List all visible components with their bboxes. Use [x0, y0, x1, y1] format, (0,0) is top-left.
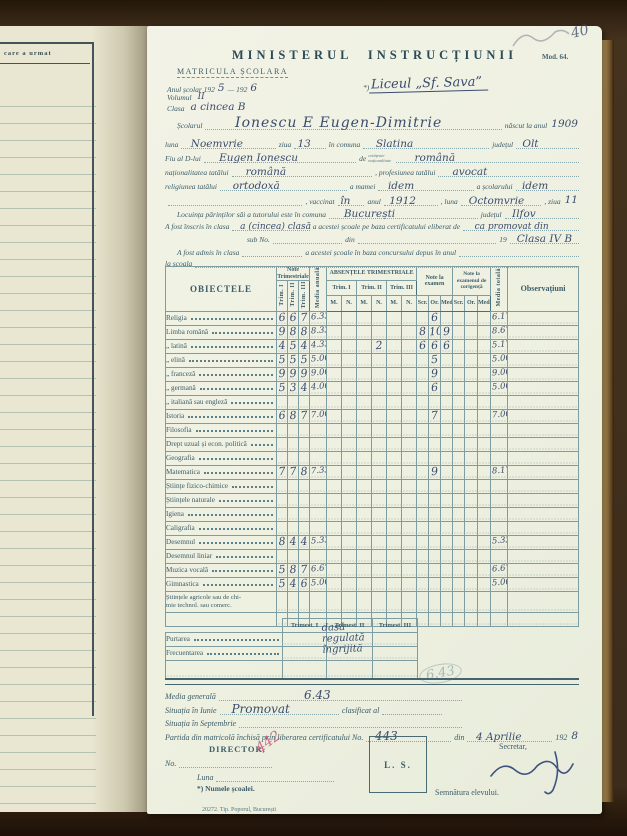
cell-ma: [310, 451, 327, 465]
cell-cm: [478, 521, 491, 535]
nat-tatalui-label: naționalitatea tatălui: [165, 168, 229, 177]
grade-value: 6: [288, 312, 299, 322]
grade-value: 4.33: [310, 341, 327, 350]
cell-a3m: [387, 395, 402, 409]
cell-cm: [478, 311, 491, 325]
cell-co: [465, 409, 478, 423]
subject-label-cell: Muzica vocală: [166, 563, 277, 577]
cell-cm: [478, 465, 491, 479]
cell-cm: [478, 325, 491, 339]
cell-t3: 6: [299, 577, 310, 591]
cell-a1m: [327, 521, 342, 535]
purtarea-label: Purtarea: [166, 636, 190, 644]
nascut-label: născut la anul: [505, 121, 548, 130]
cell-em: [441, 577, 453, 591]
citizenship-value: română: [415, 152, 456, 164]
cell-a2m: [357, 325, 372, 339]
cell-t1: 7: [277, 465, 288, 479]
cell-a3n: [402, 423, 417, 437]
cell-es: [417, 381, 429, 395]
cell-co: [465, 381, 478, 395]
cell-a3n: [402, 395, 417, 409]
cert-year-value: 8: [571, 730, 578, 742]
cell-t2: [288, 395, 299, 409]
cell-mt: [491, 493, 508, 507]
cell-t1: 6: [277, 311, 288, 325]
inscris-label: A fost înscris în clasa: [165, 222, 229, 231]
cell-a3n: [402, 465, 417, 479]
footnote: *) Numele școalei.: [197, 784, 255, 793]
subject-row: „ latină4544.3326665.17: [166, 339, 579, 353]
cell-obs: [508, 507, 579, 521]
cell-a1n: [342, 577, 357, 591]
seal-box: L. S.: [369, 736, 427, 793]
admis-label: A fost admis în clasa: [177, 248, 239, 257]
cell-em: [441, 451, 453, 465]
cell-a1n: [342, 423, 357, 437]
cell-a2n: 2: [372, 339, 387, 353]
cell-a1m: [327, 437, 342, 451]
cell-obs: [508, 423, 579, 437]
cell-a3n: [402, 409, 417, 423]
field-vaccinated: , vaccinat în anul 1912 , luna Octomvrie…: [165, 194, 582, 206]
left-page-table-fragment: [0, 42, 94, 716]
cell-t3: [299, 521, 310, 535]
leader-dots: [219, 500, 273, 502]
cell-eo: 7: [429, 409, 441, 423]
subject-row: Istoria6877.0077.00: [166, 409, 579, 423]
cell-t2: [288, 591, 299, 612]
vaccinat-label: , vaccinat: [305, 197, 334, 206]
cell-a1n: [342, 563, 357, 577]
grade-value: 9: [429, 466, 441, 476]
cell-es: 8: [417, 325, 429, 339]
cell-mt: [491, 612, 508, 626]
cell-co: [465, 493, 478, 507]
cell-a1m: [327, 325, 342, 339]
cell-a1n: [342, 367, 357, 381]
cell-obs: [508, 409, 579, 423]
student-religion-value: idem: [522, 180, 548, 192]
cell-ma: [310, 549, 327, 563]
cell-mt: 7.00: [491, 409, 508, 423]
grade-value: 3: [288, 382, 299, 392]
cell-co: [465, 465, 478, 479]
col-media-totala: Media totală: [491, 267, 508, 312]
cell-a1n: [342, 591, 357, 612]
cell-ma: 5.00: [310, 577, 327, 591]
student-name-value: Ionescu E Eugen-Dimitrie: [235, 115, 442, 131]
col-media-anuala: Media anuală: [310, 267, 327, 312]
cell-es: [417, 521, 429, 535]
cell-em: [441, 521, 453, 535]
cell-obs: [508, 381, 579, 395]
cell-cm: [478, 381, 491, 395]
cell-ma: [310, 521, 327, 535]
cell-cm: [478, 339, 491, 353]
leader-dots: [251, 444, 273, 446]
subject-label: „ germană: [166, 385, 196, 393]
media-generala-value: 6.43: [304, 688, 331, 702]
cell-t2: 4: [288, 535, 299, 549]
cell-a3m: [387, 451, 402, 465]
cell-a3m: [387, 591, 402, 612]
cell-obs: [508, 479, 579, 493]
cell-cs: [453, 451, 465, 465]
cell-cs: [453, 311, 465, 325]
exam-scr: Scr.: [417, 296, 429, 311]
cell-a3n: [402, 367, 417, 381]
cell-a3n: [402, 535, 417, 549]
grade-value: 8: [417, 326, 429, 336]
grade-value: 8.33: [310, 327, 327, 336]
subject-row: Științe fizico-chimice: [166, 479, 579, 493]
cell-eo: 10: [429, 325, 441, 339]
cell-a1m: [327, 535, 342, 549]
field-scolarul: Școlarul Ionescu E Eugen-Dimitrie născut…: [177, 118, 582, 130]
grades-table: OBIECTELE Note Trimestriale Media anuală…: [165, 266, 579, 627]
cell-cs: [453, 395, 465, 409]
abs-n3: N.: [402, 296, 417, 311]
subject-label: Științele naturale: [166, 497, 215, 505]
cell-em: [441, 563, 453, 577]
leader-dots: [212, 570, 273, 572]
grade-value: 8: [288, 564, 299, 574]
cell-a3m: [387, 353, 402, 367]
cell-a1m: [327, 577, 342, 591]
situatia-iunie-value: Promovat: [231, 702, 289, 716]
cell-co: [465, 437, 478, 451]
abs-n2: N.: [372, 296, 387, 311]
cell-es: [417, 493, 429, 507]
cell-ma: [310, 493, 327, 507]
cell-t2: 8: [288, 409, 299, 423]
cell-cm: [478, 493, 491, 507]
anul-label: anul: [367, 197, 380, 206]
grade-value: 6: [441, 340, 453, 350]
birth-county-value: Olt: [522, 138, 538, 150]
cell-eo: [429, 549, 441, 563]
frecuentarea-label: Frecuentarea: [166, 650, 203, 658]
leader-dots: [191, 346, 273, 348]
cell-es: [417, 479, 429, 493]
cell-ma: 7.00: [310, 409, 327, 423]
cell-a1n: [342, 465, 357, 479]
cell-cs: [453, 409, 465, 423]
cell-es: [417, 451, 429, 465]
leader-dots: [231, 402, 273, 404]
cell-ma: 6.67: [310, 563, 327, 577]
cell-co: [465, 507, 478, 521]
subject-label: Muzica vocală: [166, 567, 208, 575]
subject-label-cell: „ franceză: [166, 367, 277, 381]
grade-value: 7.33: [310, 467, 327, 476]
subject-label-cell: Igiena: [166, 507, 277, 521]
cell-es: [417, 549, 429, 563]
cell-ma: 9.00: [310, 367, 327, 381]
subject-label-cell: Drept uzual și econ. politică: [166, 437, 277, 451]
grade-value: 8: [299, 326, 310, 336]
grade-value: 9: [288, 368, 299, 378]
frecuentarea-label-cell: Frecuentarea: [166, 647, 283, 661]
cell-eo: [429, 591, 441, 612]
cell-a3m: [387, 367, 402, 381]
grade-value: 4: [288, 578, 299, 588]
cell-ma: [310, 423, 327, 437]
field-no: No.: [165, 757, 275, 768]
cell-cs: [453, 577, 465, 591]
subject-label-cell: „ italiană sau engleză: [166, 395, 277, 409]
subject-label-cell: Caligrafia: [166, 521, 277, 535]
cell-a2n: [372, 521, 387, 535]
cell-co: [465, 395, 478, 409]
subject-label-cell: Științele agricole sau de chi- mie techn…: [166, 591, 277, 612]
cell-t3: [299, 507, 310, 521]
cell-em: [441, 311, 453, 325]
cell-t3: [299, 437, 310, 451]
subject-label-cell: Științele naturale: [166, 493, 277, 507]
cell-eo: [429, 563, 441, 577]
grade-value: 5: [277, 564, 288, 574]
cell-co: [465, 591, 478, 612]
cell-cs: [453, 591, 465, 612]
father-religion-value: ortodoxă: [233, 180, 280, 192]
cell-a1m: [327, 409, 342, 423]
cell-ma: 8.33: [310, 325, 327, 339]
cell-cm: [478, 367, 491, 381]
cell-cs: [453, 423, 465, 437]
cell-cs: [453, 549, 465, 563]
luna2-label: , luna: [441, 197, 458, 206]
cell-es: [417, 465, 429, 479]
field-media-generala: Media generală 6.43: [165, 690, 465, 701]
subject-row: Științele naturale: [166, 493, 579, 507]
cell-mt: 6.17: [491, 311, 508, 325]
cell-t3: 5: [299, 353, 310, 367]
leader-dots: [212, 332, 273, 334]
cell-t2: [288, 493, 299, 507]
conduct-row-frecuentarea: Frecuentarea: [166, 647, 418, 661]
subject-label: Religia: [166, 315, 187, 323]
double-rule: [165, 678, 579, 685]
subject-row: Caligrafia: [166, 521, 579, 535]
frecuentarea-t3: [373, 647, 418, 661]
cell-a2n: [372, 311, 387, 325]
cell-t2: 9: [288, 367, 299, 381]
subject-label-cell: Matematica: [166, 465, 277, 479]
cell-a1n: [342, 325, 357, 339]
grade-value: 6.17: [491, 313, 508, 322]
corig-scr: Scr.: [453, 296, 465, 311]
page-title: MINISTERUL INSTRUCȚIUNII: [147, 48, 602, 63]
cell-eo: 6: [429, 339, 441, 353]
cell-t3: 7: [299, 563, 310, 577]
cell-mt: 6.67: [491, 563, 508, 577]
subject-label: Gimnastica: [166, 581, 199, 589]
judet-label: județul: [492, 140, 513, 149]
grade-value: 6.67: [310, 565, 327, 574]
semnatura-elevului-label: Semnătura elevului.: [435, 788, 499, 797]
grade-value: 6: [299, 578, 310, 588]
subject-row: „ germană5344.0065.00: [166, 381, 579, 395]
cell-a1n: [342, 395, 357, 409]
cell-eo: 6: [429, 381, 441, 395]
cell-a3n: [402, 451, 417, 465]
leader-dots: [196, 430, 273, 432]
birth-day-value: 13: [297, 138, 310, 150]
cell-a2n: [372, 325, 387, 339]
cell-a1m: [327, 353, 342, 367]
cell-t1: [277, 479, 288, 493]
cell-t1: 8: [277, 535, 288, 549]
cell-t1: [277, 521, 288, 535]
de-label: de: [359, 154, 366, 163]
cell-t3: 4: [299, 535, 310, 549]
abs-trim3: Trim. III: [387, 281, 417, 296]
grade-value: 9: [277, 326, 288, 336]
cell-mt: 5.17: [491, 339, 508, 353]
grade-value: 5.00: [491, 355, 508, 364]
vaccine-day-value: 11: [565, 194, 578, 206]
inscris-note-value: ca promovat din: [475, 222, 549, 232]
cell-t1: [277, 507, 288, 521]
grade-value: 4: [277, 340, 288, 350]
cell-t1: [277, 437, 288, 451]
cell-co: [465, 325, 478, 339]
cell-cs: [453, 563, 465, 577]
cell-a1n: [342, 311, 357, 325]
cell-em: [441, 395, 453, 409]
subject-label: Științele agricole sau de chi- mie techn…: [166, 594, 241, 609]
cell-es: [417, 535, 429, 549]
cell-t2: 7: [288, 465, 299, 479]
leader-dots: [203, 584, 273, 586]
grade-value: 4: [299, 340, 310, 350]
cell-a3m: [387, 563, 402, 577]
cell-t3: [299, 591, 310, 612]
situatia-sept-label: Situația în Septembrie: [165, 719, 236, 728]
cell-t3: [299, 493, 310, 507]
subject-row: Drept uzual și econ. politică: [166, 437, 579, 451]
grade-value: 5: [277, 578, 288, 588]
cell-t1: [277, 591, 288, 612]
birth-month-value: Noemvrie: [191, 138, 243, 150]
grade-value: 5: [277, 354, 288, 364]
subject-label-cell: Desemnul: [166, 535, 277, 549]
field-situatia-iunie: Situația în Iunie Promovat clasificat al: [165, 704, 445, 715]
cell-co: [465, 353, 478, 367]
cell-obs: [508, 549, 579, 563]
luna-footer-label: Luna: [197, 773, 213, 782]
cell-a2n: [372, 549, 387, 563]
cell-mt: [491, 521, 508, 535]
abs-m1: M.: [327, 296, 342, 311]
cell-obs: [508, 311, 579, 325]
cell-a1n: [342, 549, 357, 563]
grade-value: 6: [429, 312, 441, 322]
mother-religion-value: idem: [388, 180, 414, 192]
cell-t2: [288, 507, 299, 521]
conduct-trim3: Trimest. III: [373, 619, 418, 633]
cell-t3: [299, 395, 310, 409]
vaccine-year-value: 1912: [389, 195, 416, 207]
cell-a2n: [372, 507, 387, 521]
cell-cs: [453, 367, 465, 381]
subject-label-cell: Religia: [166, 311, 277, 325]
grade-value: 9.00: [310, 369, 327, 378]
cell-co: [465, 311, 478, 325]
cell-t1: 5: [277, 353, 288, 367]
left-page-fragment-text: care a urmat: [0, 44, 90, 64]
father-nationality-value: română: [246, 166, 287, 178]
cell-obs: [508, 465, 579, 479]
cell-mt: [491, 451, 508, 465]
cell-co: [465, 339, 478, 353]
cell-es: [417, 612, 429, 626]
residence-value: București: [344, 208, 395, 220]
cell-eo: [429, 395, 441, 409]
cell-es: [417, 423, 429, 437]
birth-year-value: 1909: [551, 118, 578, 130]
cell-obs: [508, 451, 579, 465]
cell-ma: 4.00: [310, 381, 327, 395]
cell-obs: [508, 437, 579, 451]
cell-cm: [478, 479, 491, 493]
comuna-label: în comuna: [329, 140, 360, 149]
cell-co: [465, 521, 478, 535]
cell-ma: [310, 395, 327, 409]
cell-a3m: [387, 479, 402, 493]
cell-cm: [478, 612, 491, 626]
cell-a2n: [372, 409, 387, 423]
leader-dots: [200, 388, 273, 390]
partida-year-label: 192: [555, 733, 567, 742]
cell-cm: [478, 395, 491, 409]
cell-t1: [277, 423, 288, 437]
grade-value: 6: [429, 340, 441, 350]
cell-t2: 5: [288, 339, 299, 353]
grade-value: 8.17: [491, 467, 508, 476]
conduct-handwriting: dasă regulată îngrijită: [321, 621, 365, 655]
book-gutter: [92, 26, 150, 812]
grade-value: 5: [288, 354, 299, 364]
cell-a1n: [342, 479, 357, 493]
cell-mt: [491, 423, 508, 437]
cell-a1m: [327, 549, 342, 563]
subject-row: Științele agricole sau de chi- mie techn…: [166, 591, 579, 612]
grade-value: 5: [288, 340, 299, 350]
cell-ma: 5.33: [310, 535, 327, 549]
field-clasa: Clasa a cincea B: [167, 101, 327, 113]
grade-value: 5.33: [491, 537, 508, 546]
cell-a3n: [402, 507, 417, 521]
cell-obs: [508, 353, 579, 367]
cell-obs: [508, 535, 579, 549]
col-note-examen: Note la examen: [417, 267, 453, 296]
conduct-trim1: Trimest. I: [283, 619, 327, 633]
conduct-empty-cell: [327, 661, 373, 679]
conduct-empty-cell: [373, 661, 418, 679]
grade-value: 7: [299, 312, 310, 322]
subno-label: sub No.: [247, 235, 270, 244]
subject-label-cell: Filosofia: [166, 423, 277, 437]
subject-label-cell: „ elină: [166, 353, 277, 367]
cell-a3m: [387, 423, 402, 437]
cell-a2m: [357, 465, 372, 479]
cell-t2: 8: [288, 563, 299, 577]
subject-row: „ franceză9999.0099.00: [166, 367, 579, 381]
cell-em: [441, 353, 453, 367]
